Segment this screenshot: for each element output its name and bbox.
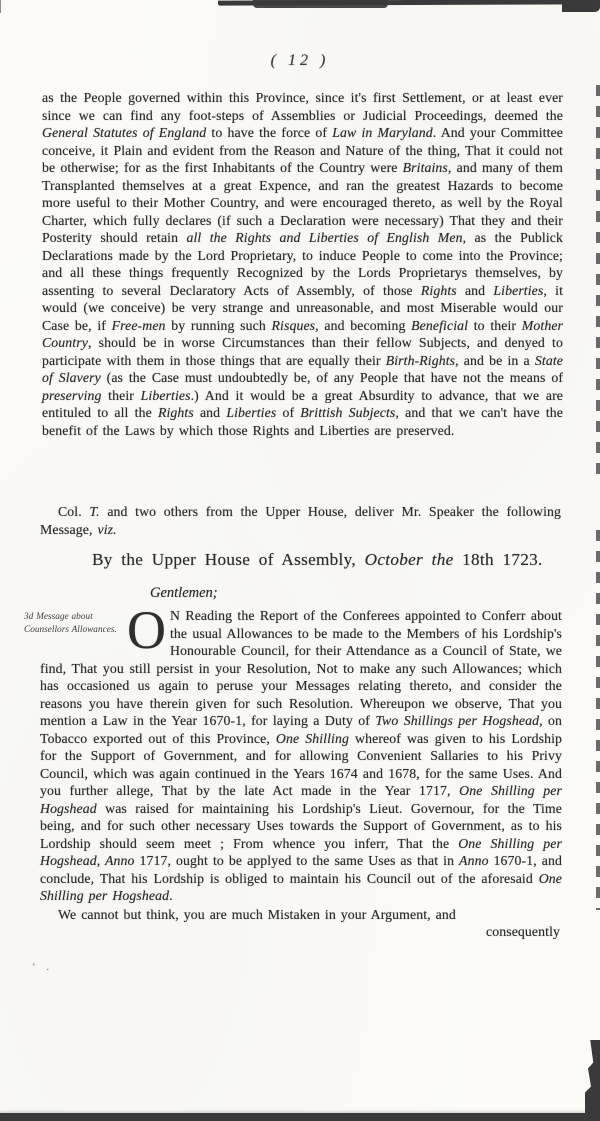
bottom-edge-scan-artifact (0, 1113, 600, 1121)
message-heading: By the Upper House of Assembly, October … (40, 549, 562, 570)
right-edge-scan-artifact (596, 85, 600, 475)
catchword: consequently (40, 923, 562, 941)
scanned-page: ‘ . ( 12 ) as the People governed within… (0, 0, 600, 1121)
left-margin-scan-tick (0, 0, 1, 13)
stray-ink-mark: ‘ . (32, 961, 53, 973)
top-edge-scan-artifact (253, 0, 388, 8)
page-number: ( 12 ) (0, 52, 600, 70)
corner-scan-artifact (585, 1040, 600, 1115)
drop-cap-initial: O (40, 607, 170, 659)
catchword-text: consequently (486, 924, 560, 939)
top-edge-scan-artifact (562, 0, 600, 12)
messenger-paragraph: Col. T. and two others from the Upper Ho… (40, 503, 561, 538)
closing-paragraph: We cannot but think, you are much Mistak… (40, 906, 562, 924)
message-block: O N Reading the Report of the Conferees … (40, 607, 562, 941)
committee-report-paragraph: as the People governed within this Provi… (42, 89, 563, 439)
right-edge-scan-artifact (596, 530, 600, 910)
